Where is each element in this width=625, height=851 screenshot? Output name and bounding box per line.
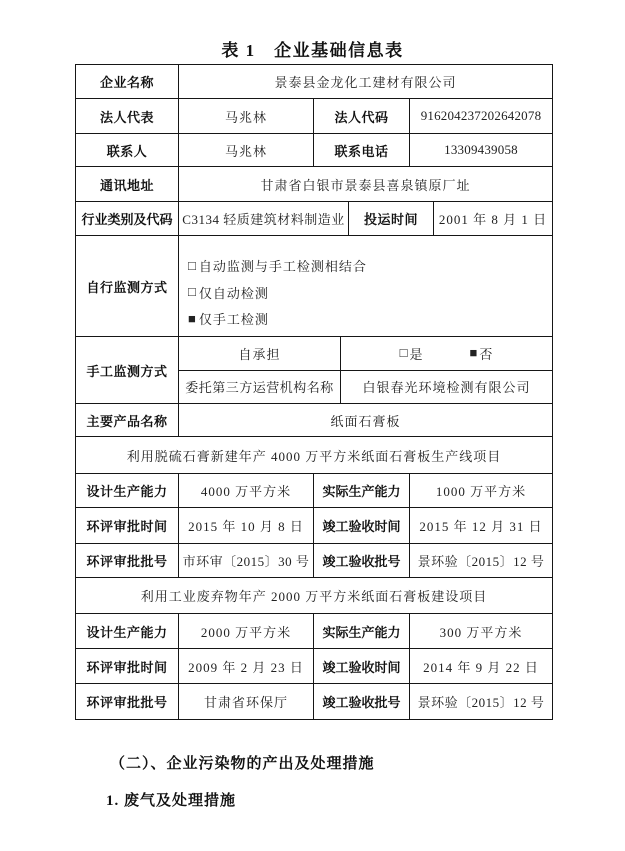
enterprise-info-table: 企业名称 景泰县金龙化工建材有限公司 法人代表 马兆林 法人代码 9162042… [75, 64, 553, 720]
project2-eia-no-value: 甘肃省环保厅 [179, 684, 314, 719]
self-undertake-choice: □ 是 ■ 否 [341, 337, 552, 370]
manual-monitoring-group: 自承担 □ 是 ■ 否 委托第三方运营机构名称 白银春光环境检测有限公司 [179, 337, 552, 403]
operation-date-label: 投运时间 [349, 202, 434, 235]
checkbox-checked-icon: ■ [470, 345, 479, 361]
table-row: 环评审批时间 2009 年 2 月 23 日 竣工验收时间 2014 年 9 月… [76, 649, 552, 684]
project1-acceptance-time-label: 竣工验收时间 [314, 508, 410, 543]
table-row: 设计生产能力 2000 万平方米 实际生产能力 300 万平方米 [76, 614, 552, 649]
contact-value: 马兆林 [179, 134, 314, 166]
project1-eia-no-label: 环评审批批号 [76, 544, 179, 577]
project1-actual-capacity-label: 实际生产能力 [314, 474, 410, 507]
yes-option: □ 是 [400, 344, 424, 363]
project1-acceptance-time-value: 2015 年 12 月 31 日 [410, 508, 552, 543]
no-label: 否 [479, 344, 493, 363]
self-monitoring-option: ■ 仅手工检测 [188, 309, 544, 328]
self-monitoring-label: 自行监测方式 [76, 236, 179, 336]
main-product-label: 主要产品名称 [76, 404, 179, 436]
industry-value: C3134 轻质建筑材料制造业 [179, 202, 349, 235]
table-row: 环评审批批号 甘肃省环保厅 竣工验收批号 景环验〔2015〕12 号 [76, 684, 552, 719]
legal-code-label: 法人代码 [314, 99, 410, 133]
table-row: 手工监测方式 自承担 □ 是 ■ 否 委托第三方运营机构名称 白银春光环境检测有 [76, 337, 552, 404]
project2-acceptance-time-label: 竣工验收时间 [314, 649, 410, 683]
table-row: 环评审批时间 2015 年 10 月 8 日 竣工验收时间 2015 年 12 … [76, 508, 552, 544]
project2-eia-no-label: 环评审批批号 [76, 684, 179, 719]
option-label: 自动监测与手工检测相结合 [199, 256, 367, 275]
operation-date-value: 2001 年 8 月 1 日 [434, 202, 552, 235]
project1-acceptance-no-label: 竣工验收批号 [314, 544, 410, 577]
legal-rep-label: 法人代表 [76, 99, 179, 133]
table-row: 行业类别及代码 C3134 轻质建筑材料制造业 投运时间 2001 年 8 月 … [76, 202, 552, 236]
project2-acceptance-time-value: 2014 年 9 月 22 日 [410, 649, 552, 683]
project1-eia-time-value: 2015 年 10 月 8 日 [179, 508, 314, 543]
section-heading-waste-gas: 1. 废气及处理措施 [106, 789, 236, 810]
checkbox-unchecked-icon: □ [400, 345, 409, 361]
legal-code-value: 916204237202642078 [410, 99, 552, 133]
section-heading-pollutants: （二）、企业污染物的产出及处理措施 [110, 752, 375, 773]
table-row: 通讯地址 甘肃省白银市景泰县喜泉镇原厂址 [76, 167, 552, 202]
table-row: 法人代表 马兆林 法人代码 916204237202642078 [76, 99, 552, 134]
address-label: 通讯地址 [76, 167, 179, 201]
third-party-value: 白银春光环境检测有限公司 [341, 371, 552, 404]
checkbox-checked-icon: ■ [188, 311, 197, 327]
project1-design-capacity-value: 4000 万平方米 [179, 474, 314, 507]
phone-label: 联系电话 [314, 134, 410, 166]
no-option: ■ 否 [470, 344, 494, 363]
project1-actual-capacity-value: 1000 万平方米 [410, 474, 552, 507]
manual-monitoring-label: 手工监测方式 [76, 337, 179, 403]
industry-label: 行业类别及代码 [76, 202, 179, 235]
project2-design-capacity-label: 设计生产能力 [76, 614, 179, 648]
table-row: 设计生产能力 4000 万平方米 实际生产能力 1000 万平方米 [76, 474, 552, 508]
project2-eia-time-label: 环评审批时间 [76, 649, 179, 683]
project2-design-capacity-value: 2000 万平方米 [179, 614, 314, 648]
company-name-value: 景泰县金龙化工建材有限公司 [179, 65, 552, 98]
project1-acceptance-no-value: 景环验〔2015〕12 号 [410, 544, 552, 577]
project1-eia-no-value: 市环审〔2015〕30 号 [179, 544, 314, 577]
table-row: 利用工业废弃物年产 2000 万平方米纸面石膏板建设项目 [76, 578, 552, 614]
address-value: 甘肃省白银市景泰县喜泉镇原厂址 [179, 167, 552, 201]
project1-eia-time-label: 环评审批时间 [76, 508, 179, 543]
yes-label: 是 [409, 344, 423, 363]
table-row: 主要产品名称 纸面石膏板 [76, 404, 552, 437]
table-row: 自行监测方式 □ 自动监测与手工检测相结合 □ 仅自动检测 ■ 仅手工检测 [76, 236, 552, 337]
project2-eia-time-value: 2009 年 2 月 23 日 [179, 649, 314, 683]
checkbox-unchecked-icon: □ [188, 258, 197, 274]
self-monitoring-option: □ 仅自动检测 [188, 283, 544, 302]
legal-rep-value: 马兆林 [179, 99, 314, 133]
self-monitoring-options: □ 自动监测与手工检测相结合 □ 仅自动检测 ■ 仅手工检测 [179, 236, 552, 336]
company-name-label: 企业名称 [76, 65, 179, 98]
manual-monitoring-thirdparty-row: 委托第三方运营机构名称 白银春光环境检测有限公司 [179, 371, 552, 404]
self-undertake-label: 自承担 [179, 337, 341, 370]
table-row: 联系人 马兆林 联系电话 13309439058 [76, 134, 552, 167]
main-product-value: 纸面石膏板 [179, 404, 552, 436]
option-label: 仅手工检测 [199, 309, 269, 328]
option-label: 仅自动检测 [199, 283, 269, 302]
phone-value: 13309439058 [410, 134, 552, 166]
self-monitoring-option: □ 自动监测与手工检测相结合 [188, 256, 544, 275]
contact-label: 联系人 [76, 134, 179, 166]
table-row: 企业名称 景泰县金龙化工建材有限公司 [76, 65, 552, 99]
document-title: 表 1 企业基础信息表 [0, 36, 625, 61]
manual-monitoring-self-row: 自承担 □ 是 ■ 否 [179, 337, 552, 371]
project2-acceptance-no-label: 竣工验收批号 [314, 684, 410, 719]
project1-title: 利用脱硫石膏新建年产 4000 万平方米纸面石膏板生产线项目 [76, 437, 552, 473]
third-party-label: 委托第三方运营机构名称 [179, 371, 341, 404]
project1-design-capacity-label: 设计生产能力 [76, 474, 179, 507]
table-row: 利用脱硫石膏新建年产 4000 万平方米纸面石膏板生产线项目 [76, 437, 552, 474]
table-row: 环评审批批号 市环审〔2015〕30 号 竣工验收批号 景环验〔2015〕12 … [76, 544, 552, 578]
project2-title: 利用工业废弃物年产 2000 万平方米纸面石膏板建设项目 [76, 578, 552, 613]
project2-actual-capacity-value: 300 万平方米 [410, 614, 552, 648]
checkbox-unchecked-icon: □ [188, 284, 197, 300]
project2-acceptance-no-value: 景环验〔2015〕12 号 [410, 684, 552, 719]
project2-actual-capacity-label: 实际生产能力 [314, 614, 410, 648]
